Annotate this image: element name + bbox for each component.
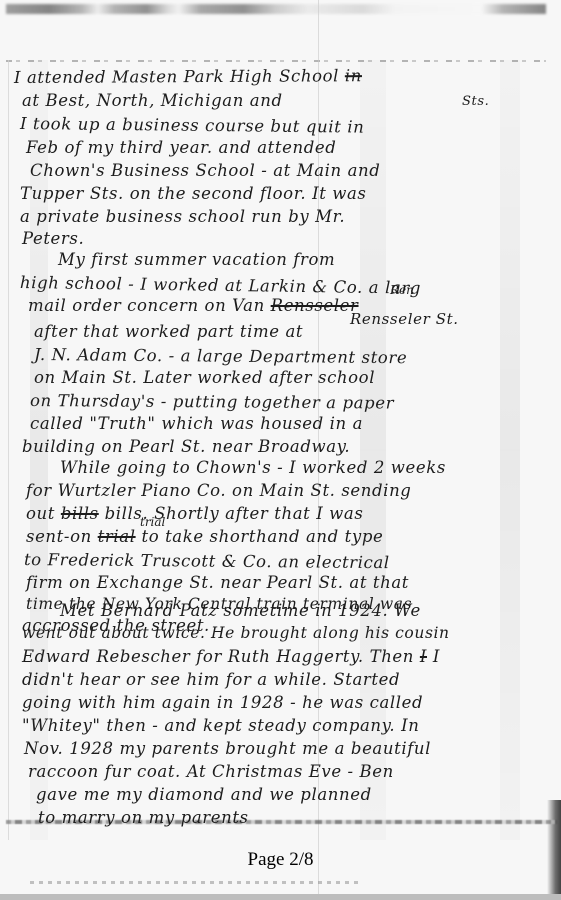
text-fragment: high school - I worked at Larkin & Co. a…	[20, 273, 421, 298]
text-fragment: gave me my diamond and we planned	[36, 785, 372, 804]
text-fragment: sent-on	[26, 527, 92, 546]
text-line: gave me my diamond and we planned	[36, 785, 372, 804]
text-line: a private business school run by Mr.	[20, 207, 345, 226]
text-line: after that worked part time at	[34, 322, 303, 341]
text-line: on Thursday's - putting together a paper	[30, 391, 394, 413]
text-line: Peters.	[22, 229, 84, 248]
text-line: J. N. Adam Co. - a large Department stor…	[34, 345, 407, 367]
text-line: Met Bernard Patz sometime in 1924. We	[60, 601, 421, 620]
text-line: Tupper Sts. on the second floor. It was	[20, 184, 367, 203]
text-line: sent-on trial to take shorthand and type	[26, 527, 383, 546]
struck-word: bills	[61, 504, 99, 523]
text-line: firm on Exchange St. near Pearl St. at t…	[26, 573, 409, 592]
text-line: "Whitey" then - and kept steady company.…	[22, 716, 419, 735]
text-line: out bills bills. Shortly after that I wa…	[26, 504, 363, 523]
struck-word: in	[345, 66, 362, 85]
text-fragment: going with him again in 1928 - he was ca…	[22, 693, 423, 712]
text-fragment: called "Truth" which was housed in a	[30, 414, 363, 433]
text-line: high school - I worked at Larkin & Co. a…	[20, 273, 421, 298]
text-fragment: While going to Chown's - I worked 2 week…	[60, 458, 446, 477]
scanned-page: I attended Masten Park High School in at…	[0, 0, 561, 900]
inserted-word: Rensseler St.	[350, 310, 459, 328]
text-line: for Wurtzler Piano Co. on Main St. sendi…	[26, 481, 411, 500]
text-fragment: Edward Rebescher for Ruth Haggerty. Then	[22, 647, 414, 666]
struck-word: I	[420, 647, 427, 666]
text-line: Chown's Business School - at Main and	[30, 161, 380, 180]
text-fragment: didn't hear or see him for a while. Star…	[22, 670, 400, 689]
text-fragment: at Best, North, Michigan and	[22, 91, 283, 110]
text-fragment: Peters.	[22, 229, 84, 248]
text-fragment: on Thursday's - putting together a paper	[30, 391, 394, 413]
text-line: Sts.	[462, 94, 489, 109]
text-fragment: My first summer vacation from	[58, 250, 335, 269]
text-line: My first summer vacation from	[58, 250, 335, 269]
text-fragment: to Frederick Truscott & Co. an electrica…	[24, 550, 390, 572]
text-line: mail order concern on Van Rensseler	[28, 296, 359, 315]
page-indicator: Page 2/8	[0, 849, 561, 871]
text-fragment: to take shorthand and type	[141, 527, 383, 546]
text-fragment: I attended Masten Park High School	[14, 66, 339, 87]
text-fragment: Sts.	[462, 94, 489, 109]
text-line: Nov. 1928 my parents brought me a beauti…	[24, 739, 431, 758]
text-fragment: Chown's Business School - at Main and	[30, 161, 380, 180]
text-fragment: mail order concern on Van	[28, 296, 265, 315]
text-fragment: raccoon fur coat. At Christmas Eve - Ben	[28, 762, 394, 781]
text-line: going with him again in 1928 - he was ca…	[22, 693, 423, 712]
struck-word: trial	[98, 527, 136, 546]
text-fragment: I	[433, 647, 440, 666]
handwritten-text: I attended Masten Park High School in at…	[0, 0, 561, 900]
text-line: went out about twice. He brought along h…	[22, 624, 450, 642]
text-line: didn't hear or see him for a while. Star…	[22, 670, 400, 689]
text-line: at Best, North, Michigan and	[22, 91, 283, 110]
text-fragment: Tupper Sts. on the second floor. It was	[20, 184, 367, 203]
text-fragment: I took up a business course but quit in	[20, 114, 365, 137]
text-fragment: for Wurtzler Piano Co. on Main St. sendi…	[26, 481, 411, 500]
text-line: Rensseler St.	[350, 310, 459, 328]
text-line: Edward Rebescher for Ruth Haggerty. Then…	[22, 647, 440, 666]
text-fragment: firm on Exchange St. near Pearl St. at t…	[26, 573, 409, 592]
text-line: While going to Chown's - I worked 2 week…	[60, 458, 446, 477]
text-line: called "Truth" which was housed in a	[30, 414, 363, 433]
text-fragment: J. N. Adam Co. - a large Department stor…	[34, 345, 407, 367]
text-fragment: on Main St. Later worked after school	[34, 368, 375, 387]
text-line: building on Pearl St. near Broadway.	[22, 437, 350, 456]
text-fragment: a private business school run by Mr.	[20, 207, 345, 226]
text-fragment: Feb of my third year. and attended	[26, 138, 336, 157]
text-line: I took up a business course but quit in	[20, 114, 365, 137]
struck-word: Rensseler	[271, 296, 359, 315]
text-line: I attended Masten Park High School in	[14, 66, 362, 87]
text-fragment: building on Pearl St. near Broadway.	[22, 437, 350, 456]
text-fragment: Met Bernard Patz sometime in 1924. We	[60, 601, 421, 620]
text-line: on Main St. Later worked after school	[34, 368, 375, 387]
text-line: to Frederick Truscott & Co. an electrica…	[24, 550, 390, 572]
text-fragment: to marry on my parents	[38, 808, 249, 827]
inserted-word: Ren	[390, 283, 414, 297]
text-fragment: out	[26, 504, 55, 523]
text-fragment: Nov. 1928 my parents brought me a beauti…	[24, 739, 431, 758]
text-line: to marry on my parents	[38, 808, 249, 827]
text-line: Feb of my third year. and attended	[26, 138, 336, 157]
text-line: raccoon fur coat. At Christmas Eve - Ben	[28, 762, 394, 781]
text-fragment: went out about twice. He brought along h…	[22, 624, 450, 642]
text-fragment: after that worked part time at	[34, 322, 303, 341]
text-fragment: "Whitey" then - and kept steady company.…	[22, 716, 419, 735]
